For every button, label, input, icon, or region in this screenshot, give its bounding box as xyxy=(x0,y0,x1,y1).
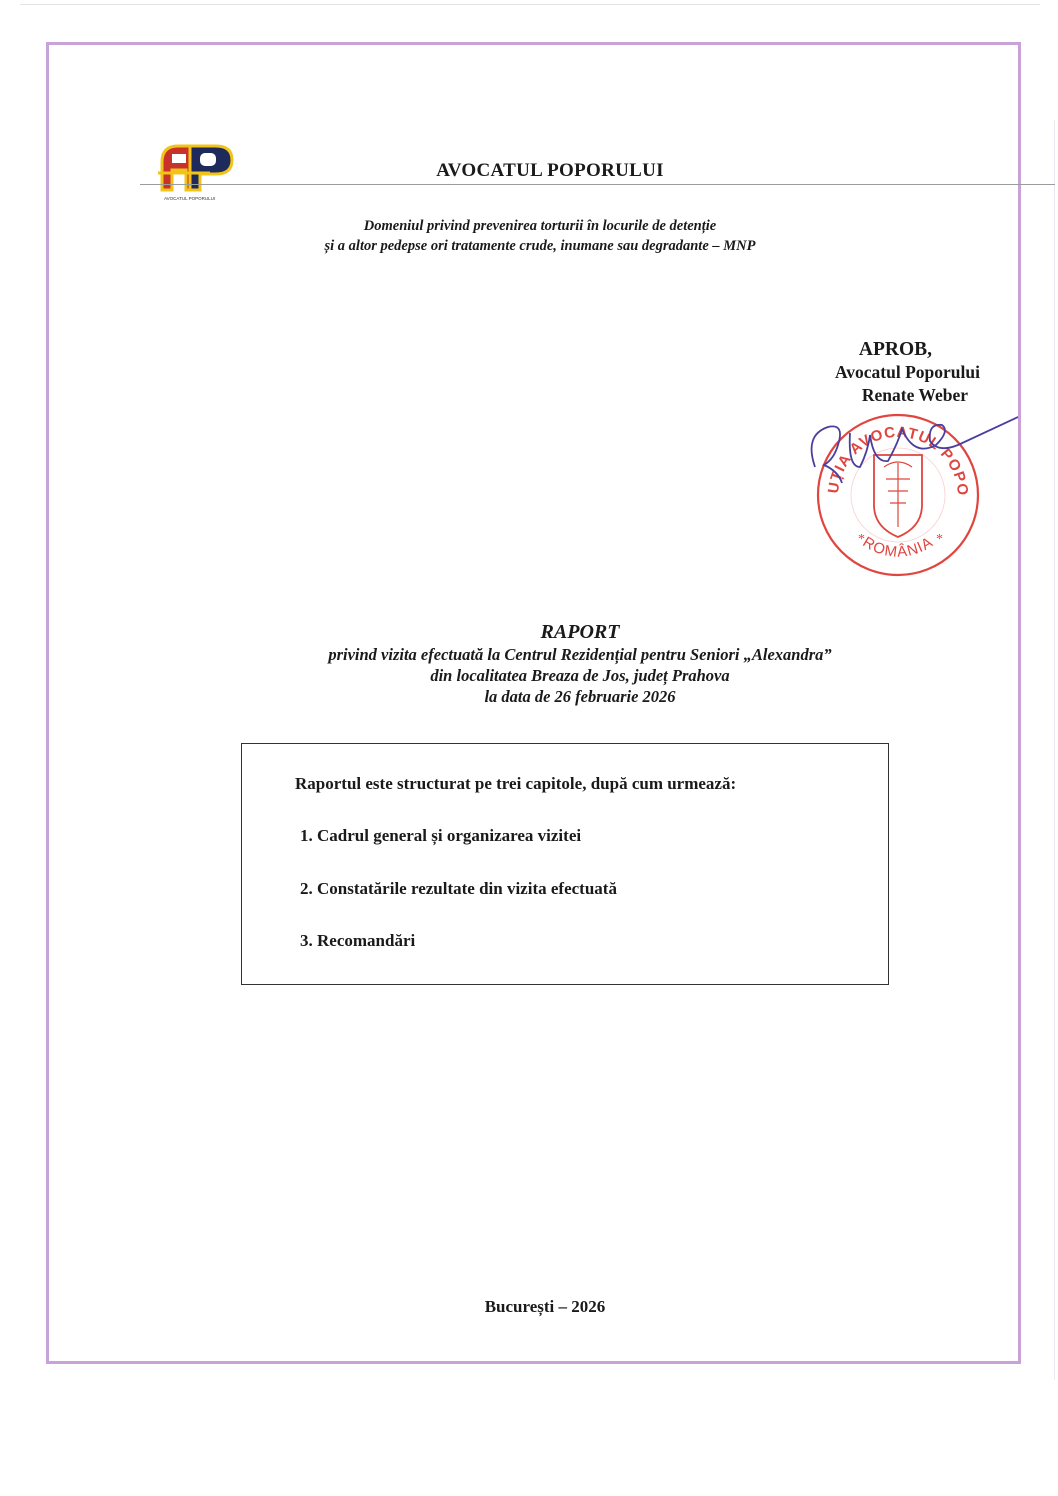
official-stamp: INSTITUȚIA AVOCATUL POPORULUI ROMÂNIA * … xyxy=(790,405,1030,585)
report-title: RAPORT xyxy=(220,620,940,644)
svg-text:*: * xyxy=(936,532,943,547)
svg-text:*: * xyxy=(858,532,865,547)
report-line-1: privind vizita efectuată la Centrul Rezi… xyxy=(220,644,940,665)
domain-subtitle: Domeniul privind prevenirea torturii în … xyxy=(230,216,850,256)
place-and-year: București – 2026 xyxy=(440,1297,650,1317)
domain-line-2: și a altor pedepse ori tratamente crude,… xyxy=(230,236,850,256)
contents-item: 2. Constatările rezultate din vizita efe… xyxy=(300,879,617,899)
contents-item: 1. Cadrul general și organizarea vizitei xyxy=(300,826,581,846)
report-title-block: RAPORT privind vizita efectuată la Centr… xyxy=(220,620,940,707)
approval-block: APROB, Avocatul Poporului Renate Weber xyxy=(760,338,980,407)
avocatul-poporului-logo-icon: AVOCATUL POPORULUI xyxy=(150,140,240,202)
report-line-2: din localitatea Breaza de Jos, județ Pra… xyxy=(220,665,940,686)
approval-role: Avocatul Poporului xyxy=(760,361,980,384)
svg-text:AVOCATUL POPORULUI: AVOCATUL POPORULUI xyxy=(164,196,215,201)
organization-title: AVOCATUL POPORULUI xyxy=(400,160,700,182)
contents-item: 3. Recomandări xyxy=(300,931,415,951)
scan-edge-artifact xyxy=(1054,120,1055,1380)
header-divider xyxy=(140,184,1055,185)
approval-name: Renate Weber xyxy=(760,384,980,407)
contents-box: Raportul este structurat pe trei capitol… xyxy=(241,743,889,985)
domain-line-1: Domeniul privind prevenirea torturii în … xyxy=(230,216,850,236)
scan-edge-artifact xyxy=(20,4,1040,5)
contents-intro: Raportul este structurat pe trei capitol… xyxy=(295,774,736,794)
report-line-3: la data de 26 februarie 2026 xyxy=(220,686,940,707)
approval-label: APROB, xyxy=(760,338,980,361)
